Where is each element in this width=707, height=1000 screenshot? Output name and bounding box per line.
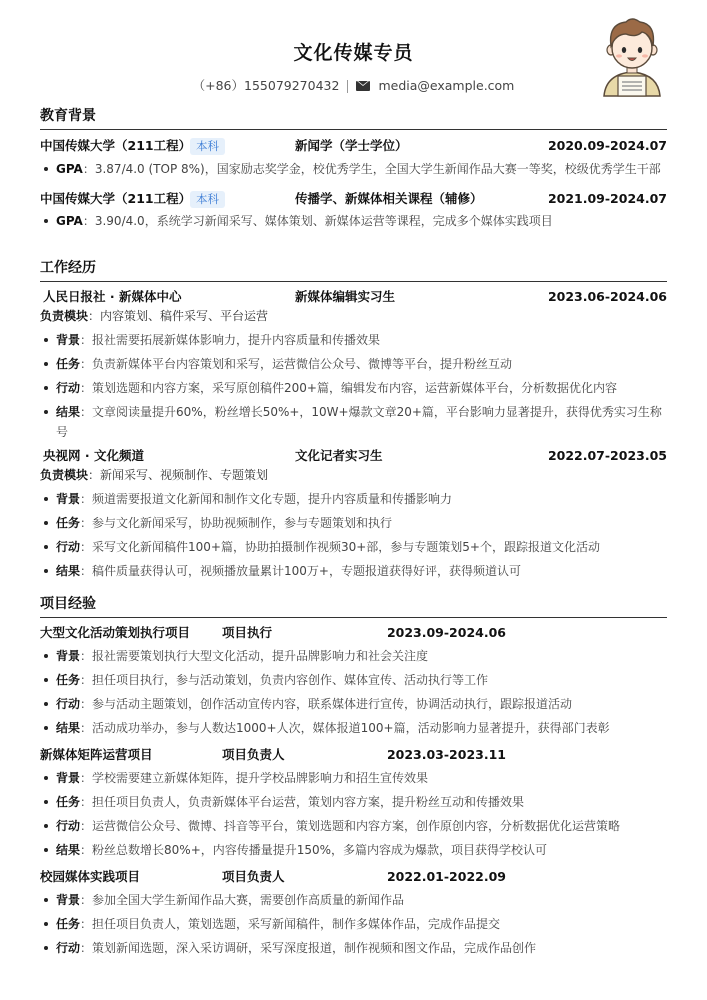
- bullet-text: ：参与文化新闻采写，协助视频制作，参与专题策划和执行: [80, 516, 392, 530]
- date-range: 2022.07-2023.05: [548, 445, 667, 467]
- work-header-row: 央视网 · 文化频道 文化记者实习生 2022.07-2023.05: [40, 445, 667, 467]
- bullet-label: 行动: [56, 381, 80, 395]
- bullet-label: 行动: [56, 819, 80, 833]
- project-entry: 新媒体矩阵运营项目 项目负责人 2023.03-2023.11 背景：学校需要建…: [40, 744, 667, 861]
- section-title: 教育背景: [40, 106, 667, 130]
- list-item: GPA：3.90/4.0，系统学习新闻采写、媒体策划、新媒体运营等课程，完成多个…: [40, 210, 667, 232]
- list-item: 行动：采写文化新闻稿件100+篇，协助拍摄制作视频30+部，参与专题策划5+个，…: [40, 536, 667, 558]
- bullet-label: 背景: [56, 333, 80, 347]
- school-name: 中国传媒大学（211工程）: [40, 135, 191, 157]
- module-label: 负责模块: [40, 468, 88, 482]
- project-name: 新媒体矩阵运营项目: [40, 744, 153, 766]
- bullet-label: 背景: [56, 893, 80, 907]
- avatar: [596, 10, 668, 98]
- bullet-label: GPA: [56, 214, 83, 228]
- phone-number: （+86）155079270432: [193, 78, 340, 94]
- school-name: 中国传媒大学（211工程）: [40, 188, 191, 210]
- list-item: 结果：文章阅读量提升60%，粉丝增长50%+，10W+爆款文章20+篇，平台影响…: [40, 401, 667, 443]
- date-range: 2023.06-2024.06: [548, 286, 667, 308]
- bullet-label: 任务: [56, 673, 80, 687]
- bullet-list: 背景：学校需要建立新媒体矩阵，提升学校品牌影响力和招生宣传效果 任务：担任项目负…: [40, 767, 667, 861]
- email-icon: [356, 81, 370, 91]
- project-role: 项目负责人: [222, 744, 285, 766]
- bullet-text: ：运营微信公众号、微博、抖音等平台，策划选题和内容方案，创作原创内容，分析数据优…: [80, 819, 620, 833]
- section-title: 工作经历: [40, 258, 667, 282]
- bullet-list: 背景：参加全国大学生新闻作品大赛，需要创作高质量的新闻作品 任务：担任项目负责人…: [40, 889, 667, 959]
- project-header-row: 新媒体矩阵运营项目 项目负责人 2023.03-2023.11: [40, 744, 506, 766]
- bullet-list: GPA：3.90/4.0，系统学习新闻采写、媒体策划、新媒体运营等课程，完成多个…: [40, 210, 667, 232]
- resume-page: 文化传媒专员 （+86）155079270432 media@example.c…: [0, 0, 707, 1000]
- bullet-label: 任务: [56, 917, 80, 931]
- bullet-label: GPA: [56, 162, 83, 176]
- degree-badge: 本科: [190, 138, 225, 155]
- project-entry: 校园媒体实践项目 项目负责人 2022.01-2022.09 背景：参加全国大学…: [40, 866, 667, 959]
- bullet-label: 背景: [56, 649, 80, 663]
- bullet-text: ：策划新闻选题，深入采访调研，采写深度报道，制作视频和图文作品，完成作品创作: [80, 941, 536, 955]
- degree-badge: 本科: [190, 191, 225, 208]
- list-item: 背景：报社需要策划执行大型文化活动，提升品牌影响力和社会关注度: [40, 645, 667, 667]
- module-text: ：内容策划、稿件采写、平台运营: [88, 309, 268, 323]
- responsibility-module: 负责模块：新闻采写、视频制作、专题策划: [40, 464, 667, 486]
- module-text: ：新闻采写、视频制作、专题策划: [88, 468, 268, 482]
- list-item: 背景：报社需要拓展新媒体影响力，提升内容质量和传播效果: [40, 329, 667, 351]
- bullet-text: ：3.90/4.0，系统学习新闻采写、媒体策划、新媒体运营等课程，完成多个媒体实…: [83, 214, 553, 228]
- bullet-text: ：报社需要拓展新媒体影响力，提升内容质量和传播效果: [80, 333, 380, 347]
- list-item: 任务：负责新媒体平台内容策划和采写，运营微信公众号、微博等平台，提升粉丝互动: [40, 353, 667, 375]
- project-role: 项目负责人: [222, 866, 285, 888]
- bullet-list: 背景：频道需要报道文化新闻和制作文化专题，提升内容质量和传播影响力 任务：参与文…: [40, 488, 667, 582]
- list-item: 结果：稿件质量获得认可，视频播放量累计100万+，专题报道获得好评，获得频道认可: [40, 560, 667, 582]
- divider: [347, 80, 348, 93]
- company-name: 央视网 · 文化频道: [43, 445, 144, 467]
- education-entry: 中国传媒大学（211工程） 本科 传播学、新媒体相关课程（辅修） 2021.09…: [40, 188, 667, 232]
- list-item: GPA：3.87/4.0 (TOP 8%)，国家励志奖学金，校优秀学生，全国大学…: [40, 158, 667, 180]
- bullet-label: 结果: [56, 721, 80, 735]
- bullet-label: 任务: [56, 516, 80, 530]
- bullet-text: ：参加全国大学生新闻作品大赛，需要创作高质量的新闻作品: [80, 893, 404, 907]
- work-entry: 央视网 · 文化频道 文化记者实习生 2022.07-2023.05 负责模块：…: [40, 445, 667, 582]
- date-range: 2023.09-2024.06: [387, 622, 506, 644]
- bullet-label: 任务: [56, 357, 80, 371]
- bullet-label: 背景: [56, 771, 80, 785]
- bullet-text: ：负责新媒体平台内容策划和采写，运营微信公众号、微博等平台，提升粉丝互动: [80, 357, 512, 371]
- project-role: 项目执行: [222, 622, 272, 644]
- education-header-row: 中国传媒大学（211工程） 本科 新闻学（学士学位） 2020.09-2024.…: [40, 135, 667, 157]
- section-education: 教育背景 中国传媒大学（211工程） 本科 新闻学（学士学位） 2020.09-…: [40, 106, 667, 232]
- bullet-text: ：学校需要建立新媒体矩阵，提升学校品牌影响力和招生宣传效果: [80, 771, 428, 785]
- bullet-list: 背景：报社需要拓展新媒体影响力，提升内容质量和传播效果 任务：负责新媒体平台内容…: [40, 329, 667, 443]
- project-name: 大型文化活动策划执行项目: [40, 622, 190, 644]
- list-item: 行动：运营微信公众号、微博、抖音等平台，策划选题和内容方案，创作原创内容，分析数…: [40, 815, 667, 837]
- bullet-text: ：3.87/4.0 (TOP 8%)，国家励志奖学金，校优秀学生，全国大学生新闻…: [83, 162, 661, 176]
- date-range: 2020.09-2024.07: [548, 135, 667, 157]
- bullet-text: ：策划选题和内容方案，采写原创稿件200+篇，编辑发布内容，运营新媒体平台，分析…: [80, 381, 617, 395]
- bullet-text: ：频道需要报道文化新闻和制作文化专题，提升内容质量和传播影响力: [80, 492, 452, 506]
- bullet-label: 背景: [56, 492, 80, 506]
- education-header-row: 中国传媒大学（211工程） 本科 传播学、新媒体相关课程（辅修） 2021.09…: [40, 188, 667, 210]
- list-item: 行动：策划选题和内容方案，采写原创稿件200+篇，编辑发布内容，运营新媒体平台，…: [40, 377, 667, 399]
- bullet-label: 结果: [56, 405, 80, 419]
- list-item: 结果：粉丝总数增长80%+，内容传播量提升150%，多篇内容成为爆款，项目获得学…: [40, 839, 667, 861]
- list-item: 背景：学校需要建立新媒体矩阵，提升学校品牌影响力和招生宣传效果: [40, 767, 667, 789]
- bullet-text: ：活动成功举办，参与人数达1000+人次，媒体报道100+篇，活动影响力显著提升…: [80, 721, 610, 735]
- bullet-text: ：担任项目执行，参与活动策划，负责内容创作、媒体宣传、活动执行等工作: [80, 673, 488, 687]
- bullet-list: GPA：3.87/4.0 (TOP 8%)，国家励志奖学金，校优秀学生，全国大学…: [40, 158, 667, 180]
- date-range: 2021.09-2024.07: [548, 188, 667, 210]
- project-header-row: 校园媒体实践项目 项目负责人 2022.01-2022.09: [40, 866, 506, 888]
- date-range: 2023.03-2023.11: [387, 744, 506, 766]
- bullet-list: 背景：报社需要策划执行大型文化活动，提升品牌影响力和社会关注度 任务：担任项目执…: [40, 645, 667, 739]
- bullet-text: ：稿件质量获得认可，视频播放量累计100万+，专题报道获得好评，获得频道认可: [80, 564, 521, 578]
- bullet-label: 行动: [56, 697, 80, 711]
- bullet-label: 任务: [56, 795, 80, 809]
- list-item: 背景：频道需要报道文化新闻和制作文化专题，提升内容质量和传播影响力: [40, 488, 667, 510]
- section-title: 项目经验: [40, 594, 667, 618]
- section-work-experience: 工作经历 人民日报社 · 新媒体中心 新媒体编辑实习生 2023.06-2024…: [40, 258, 667, 582]
- section-projects: 项目经验 大型文化活动策划执行项目 项目执行 2023.09-2024.06 背…: [40, 594, 667, 959]
- list-item: 行动：策划新闻选题，深入采访调研，采写深度报道，制作视频和图文作品，完成作品创作: [40, 937, 667, 959]
- project-entry: 大型文化活动策划执行项目 项目执行 2023.09-2024.06 背景：报社需…: [40, 622, 667, 739]
- major: 传播学、新媒体相关课程（辅修）: [295, 188, 483, 210]
- module-label: 负责模块: [40, 309, 88, 323]
- cartoon-person-avatar-icon: [596, 10, 668, 98]
- bullet-label: 结果: [56, 843, 80, 857]
- company-name: 人民日报社 · 新媒体中心: [43, 286, 181, 308]
- list-item: 行动：参与活动主题策划，创作活动宣传内容，联系媒体进行宣传，协调活动执行，跟踪报…: [40, 693, 667, 715]
- project-name: 校园媒体实践项目: [40, 866, 140, 888]
- bullet-text: ：粉丝总数增长80%+，内容传播量提升150%，多篇内容成为爆款，项目获得学校认…: [80, 843, 547, 857]
- bullet-text: ：参与活动主题策划，创作活动宣传内容，联系媒体进行宣传，协调活动执行，跟踪报道活…: [80, 697, 572, 711]
- bullet-text: ：报社需要策划执行大型文化活动，提升品牌影响力和社会关注度: [80, 649, 428, 663]
- work-header-row: 人民日报社 · 新媒体中心 新媒体编辑实习生 2023.06-2024.06: [40, 286, 667, 308]
- list-item: 背景：参加全国大学生新闻作品大赛，需要创作高质量的新闻作品: [40, 889, 667, 911]
- bullet-text: ：文章阅读量提升60%，粉丝增长50%+，10W+爆款文章20+篇，平台影响力显…: [56, 405, 662, 439]
- list-item: 任务：参与文化新闻采写，协助视频制作，参与专题策划和执行: [40, 512, 667, 534]
- education-entry: 中国传媒大学（211工程） 本科 新闻学（学士学位） 2020.09-2024.…: [40, 135, 667, 180]
- work-entry: 人民日报社 · 新媒体中心 新媒体编辑实习生 2023.06-2024.06 负…: [40, 286, 667, 443]
- bullet-text: ：担任项目负责人，负责新媒体平台运营，策划内容方案，提升粉丝互动和传播效果: [80, 795, 524, 809]
- job-role: 文化记者实习生: [295, 445, 383, 467]
- list-item: 任务：担任项目执行，参与活动策划，负责内容创作、媒体宣传、活动执行等工作: [40, 669, 667, 691]
- list-item: 任务：担任项目负责人，策划选题，采写新闻稿件，制作多媒体作品，完成作品提交: [40, 913, 667, 935]
- responsibility-module: 负责模块：内容策划、稿件采写、平台运营: [40, 305, 667, 327]
- bullet-text: ：担任项目负责人，策划选题，采写新闻稿件，制作多媒体作品，完成作品提交: [80, 917, 500, 931]
- bullet-label: 行动: [56, 941, 80, 955]
- major: 新闻学（学士学位）: [295, 135, 408, 157]
- bullet-text: ：采写文化新闻稿件100+篇，协助拍摄制作视频30+部，参与专题策划5+个，跟踪…: [80, 540, 600, 554]
- bullet-label: 结果: [56, 564, 80, 578]
- bullet-label: 行动: [56, 540, 80, 554]
- list-item: 任务：担任项目负责人，负责新媒体平台运营，策划内容方案，提升粉丝互动和传播效果: [40, 791, 667, 813]
- list-item: 结果：活动成功举办，参与人数达1000+人次，媒体报道100+篇，活动影响力显著…: [40, 717, 667, 739]
- project-header-row: 大型文化活动策划执行项目 项目执行 2023.09-2024.06: [40, 622, 506, 644]
- email-address[interactable]: media@example.com: [378, 78, 514, 94]
- date-range: 2022.01-2022.09: [387, 866, 506, 888]
- job-role: 新媒体编辑实习生: [295, 286, 395, 308]
